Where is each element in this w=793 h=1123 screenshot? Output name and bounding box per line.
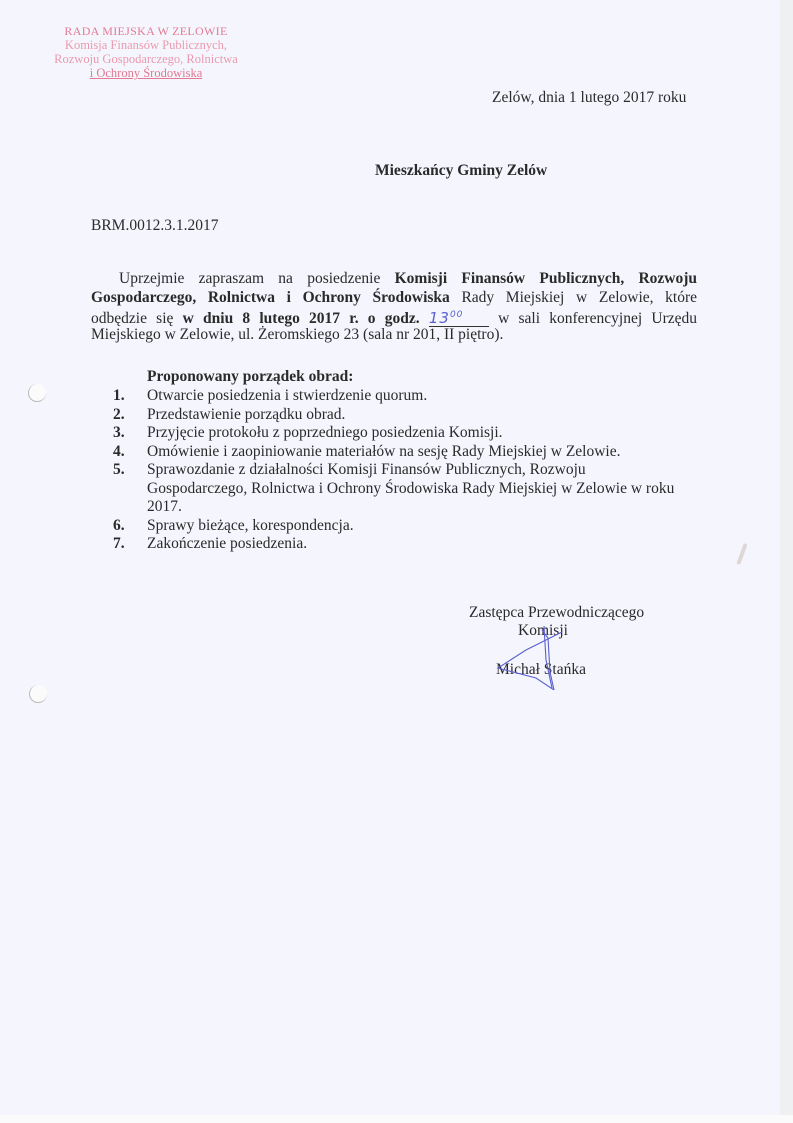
agenda-item-number: 6. bbox=[113, 517, 125, 536]
agenda-item: 2017. bbox=[113, 498, 674, 517]
agenda-title: Proponowany porządek obrad: bbox=[147, 368, 353, 387]
agenda-item-text: 2017. bbox=[147, 498, 182, 515]
agenda-item: 1.Otwarcie posiedzenia i stwierdzenie qu… bbox=[113, 387, 674, 406]
agenda-item: 2.Przedstawienie porządku obrad. bbox=[113, 406, 674, 425]
agenda-item-number: 4. bbox=[113, 443, 125, 462]
stamp-line: Rozwoju Gospodarczego, Rolnictwa bbox=[28, 52, 264, 66]
agenda-item: Gospodarczego, Rolnictwa i Ochrony Środo… bbox=[113, 480, 674, 499]
agenda-item: 3.Przyjęcie protokołu z poprzedniego pos… bbox=[113, 424, 674, 443]
agenda-item-number: 2. bbox=[113, 406, 125, 425]
scan-edge-right bbox=[780, 0, 793, 1123]
council-stamp: RADA MIEJSKA W ZELOWIE Komisja Finansów … bbox=[28, 24, 264, 80]
agenda-item-text: Gospodarczego, Rolnictwa i Ochrony Środo… bbox=[147, 480, 674, 497]
committee-name: Komisji Finansów Publicznych, Rozwoju bbox=[395, 270, 697, 287]
committee-name-cont: Gospodarczego, Rolnictwa i Ochrony Środo… bbox=[91, 289, 450, 306]
stamp-title: RADA MIEJSKA W ZELOWIE bbox=[28, 24, 264, 38]
scan-edge-bottom bbox=[0, 1115, 793, 1123]
handwritten-time: 1300 bbox=[429, 307, 489, 327]
agenda-item-text: Przyjęcie protokołu z poprzedniego posie… bbox=[147, 424, 503, 441]
paragraph-line: odbędzie się w dniu 8 lutego 2017 r. o g… bbox=[91, 307, 697, 326]
agenda-item: 5.Sprawozdanie z działalności Komisji Fi… bbox=[113, 461, 674, 480]
agenda-item-number: 7. bbox=[113, 535, 125, 554]
agenda-item-text: Otwarcie posiedzenia i stwierdzenie quor… bbox=[147, 387, 427, 404]
agenda-item-text: Zakończenie posiedzenia. bbox=[147, 535, 307, 552]
agenda-list: 1.Otwarcie posiedzenia i stwierdzenie qu… bbox=[113, 387, 674, 554]
reference-number: BRM.0012.3.1.2017 bbox=[91, 217, 218, 236]
stamp-line: Komisja Finansów Publicznych, bbox=[28, 38, 264, 52]
agenda-item-text: Omówienie i zaopiniowanie materiałów na … bbox=[147, 443, 620, 460]
meeting-date: w dniu 8 lutego 2017 r. o godz. bbox=[183, 310, 420, 327]
paragraph-line: Uprzejmie zapraszam na posiedzenie Komis… bbox=[91, 270, 697, 289]
agenda-item-text: Przedstawienie porządku obrad. bbox=[147, 406, 345, 423]
stamp-line: i Ochrony Środowiska bbox=[28, 66, 264, 80]
agenda-item: 4.Omówienie i zaopiniowanie materiałów n… bbox=[113, 443, 674, 462]
agenda-item: 6.Sprawy bieżące, korespondencja. bbox=[113, 517, 674, 536]
invitation-paragraph: Uprzejmie zapraszam na posiedzenie Komis… bbox=[91, 270, 697, 344]
agenda-item-number: 1. bbox=[113, 387, 125, 406]
agenda-item-text: Sprawozdanie z działalności Komisji Fina… bbox=[147, 461, 586, 478]
agenda-item: 7.Zakończenie posiedzenia. bbox=[113, 535, 674, 554]
paragraph-line: Miejskiego w Zelowie, ul. Żeromskiego 23… bbox=[91, 326, 697, 345]
agenda-item-text: Sprawy bieżące, korespondencja. bbox=[147, 517, 354, 534]
agenda-item-number: 5. bbox=[113, 461, 125, 480]
addressee: Mieszkańcy Gminy Zelów bbox=[375, 162, 547, 181]
handwritten-signature bbox=[470, 620, 590, 690]
punch-hole bbox=[29, 685, 47, 703]
place-and-date: Zelów, dnia 1 lutego 2017 roku bbox=[492, 89, 686, 108]
agenda-item-number: 3. bbox=[113, 424, 125, 443]
paragraph-line: Gospodarczego, Rolnictwa i Ochrony Środo… bbox=[91, 289, 697, 308]
punch-hole bbox=[28, 384, 46, 402]
